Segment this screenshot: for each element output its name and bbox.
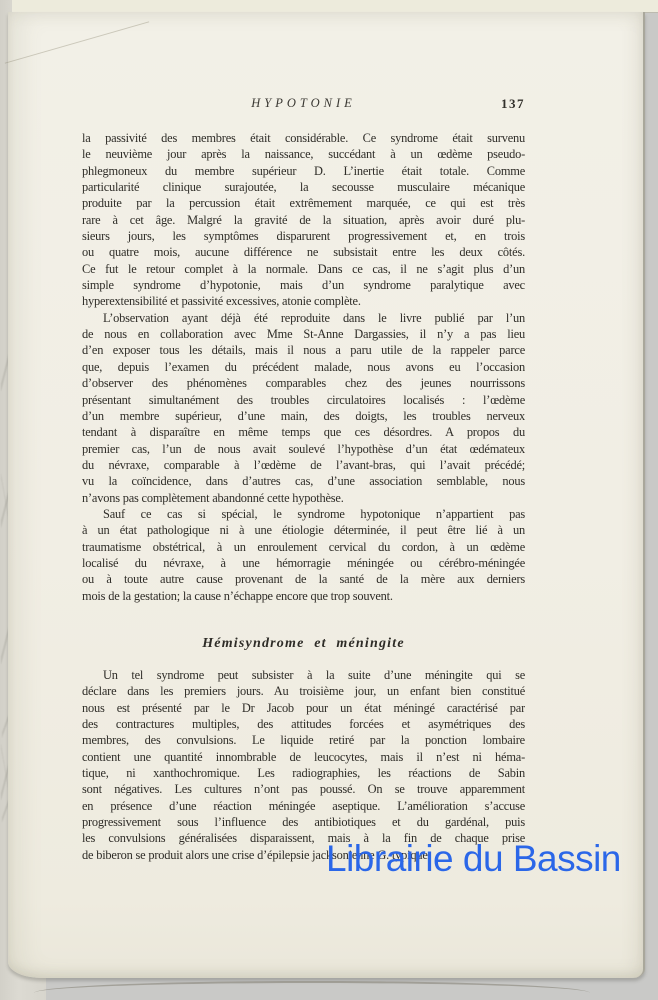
text-line: Sauf ce cas si spécial, le syndrome hypo… (82, 506, 525, 522)
text-line: n’avons pas complètement abandonné cette… (82, 490, 525, 506)
text-line: premier cas, l’un de nous avait soulevé … (82, 441, 525, 457)
text-line: ou à toute autre cause provenant de la s… (82, 571, 525, 587)
text-line: produite par la percussion était extrême… (82, 195, 525, 211)
text-line: progressivement sous l’influence des ant… (82, 814, 525, 830)
text-line: en présence d’une réaction méningée asep… (82, 798, 525, 814)
text-line: sieurs jours, les symptômes disparurent … (82, 228, 525, 244)
paragraph: Un tel syndrome peut subsister à la suit… (82, 667, 525, 863)
text-line: que, depuis l’examen du précédent malade… (82, 359, 525, 375)
text-line: d’observer des phénomènes comparables ch… (82, 375, 525, 391)
book-photo: HYPOTONIE 137 la passivité des membres é… (0, 0, 658, 1000)
text-line: tendant à disparaître en même temps que … (82, 424, 525, 440)
book-page: HYPOTONIE 137 la passivité des membres é… (8, 12, 645, 978)
printed-content: HYPOTONIE 137 la passivité des membres é… (82, 96, 525, 863)
text-line: particularité clinique surajoutée, la se… (82, 179, 525, 195)
text-line: à un état pathologique ni à une étiologi… (82, 522, 525, 538)
paragraph: la passivité des membres était considéra… (82, 130, 525, 310)
text-line: L’observation ayant déjà été reproduite … (82, 310, 525, 326)
text-line: mois de la gestation; la cause n’échappe… (82, 588, 525, 604)
text-line: de nous en collaboration avec Mme St-Ann… (82, 326, 525, 342)
text-line: hyperextensibilité et passivité excessiv… (82, 293, 525, 309)
stacked-pages-edge (34, 981, 590, 993)
text-line: déclare dans les premiers jours. Au troi… (82, 683, 525, 699)
text-line: le neuvième jour après la naissance, suc… (82, 146, 525, 162)
text-line: sont négatives. Les cultures n’ont pas p… (82, 781, 525, 797)
text-line: traumatisme obstétrical, à un enroulemen… (82, 539, 525, 555)
text-line: rare à cet âge. Malgré la gravité de la … (82, 212, 525, 228)
text-line: ou quatre mois, aucune différence ne sub… (82, 244, 525, 260)
text-line: Un tel syndrome peut subsister à la suit… (82, 667, 525, 683)
paragraph: L’observation ayant déjà été reproduite … (82, 310, 525, 506)
text-line: vu la coïncidence, dans d’autres cas, d’… (82, 473, 525, 489)
page-number: 137 (501, 96, 525, 112)
text-line: phlegmoneux du membre supérieur D. L’ine… (82, 163, 525, 179)
text-line: contient une quantité innombrable de leu… (82, 749, 525, 765)
text-line: tique, ni xanthochromique. Les radiograp… (82, 765, 525, 781)
text-line: nous est présenté par le Dr Jacob pour u… (82, 700, 525, 716)
bookseller-watermark: Librairie du Bassin (326, 838, 621, 880)
text-line: la passivité des membres était considéra… (82, 130, 525, 146)
paragraph: Sauf ce cas si spécial, le syndrome hypo… (82, 506, 525, 604)
section-heading: Hémisyndrome et méningite (82, 635, 525, 653)
text-line: présentant simultanément des troubles ci… (82, 392, 525, 408)
text-line: localisé du névraxe, à une hémorragie mé… (82, 555, 525, 571)
text-line: membres, des convulsions. Le liquide ret… (82, 732, 525, 748)
text-line: d’un membre supérieur, d’une main, des d… (82, 408, 525, 424)
text-line: simple syndrome d’hypotonie, mais d’un s… (82, 277, 525, 293)
text-line: du névraxe, comparable à l’œdème de l’av… (82, 457, 525, 473)
text-line: des contractures multiples, des attitude… (82, 716, 525, 732)
text-line: Ce fut le retour complet à la normale. D… (82, 261, 525, 277)
text-line: d’en exposer tous les détails, mais il n… (82, 342, 525, 358)
page-header: HYPOTONIE 137 (82, 96, 525, 112)
running-title: HYPOTONIE (82, 96, 525, 111)
paper-crease (5, 21, 149, 63)
